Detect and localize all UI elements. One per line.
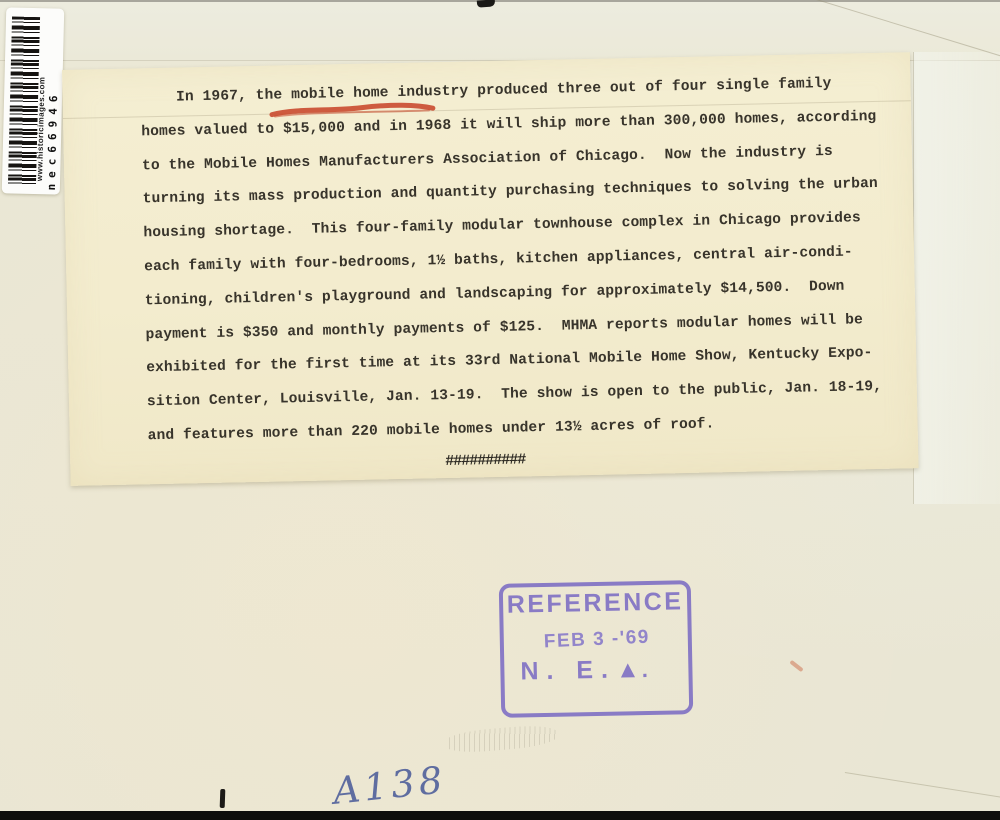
triangle-a-icon: ▲ xyxy=(616,656,640,684)
caption-slip: In 1967, the mobile home industry produc… xyxy=(62,52,919,486)
scan-bottom-edge xyxy=(0,811,1000,820)
pencil-smudge xyxy=(444,723,557,755)
stamp-org-text: N. E. xyxy=(520,656,616,687)
photo-back-paper: www.historicimages.com nec66946 In 1967,… xyxy=(0,0,1000,820)
scan-top-edge xyxy=(0,0,1000,2)
handwritten-id: A138 xyxy=(331,758,448,813)
stamp-date: FEB 3 -'69 xyxy=(543,627,650,654)
paper-right-edge xyxy=(913,52,1000,504)
crease-bottom-right xyxy=(845,772,1000,803)
red-speck-mark xyxy=(789,660,803,672)
barcode-label: www.historicimages.com nec66946 xyxy=(2,7,65,194)
caption-text: In 1967, the mobile home industry produc… xyxy=(62,52,918,483)
reference-stamp: REFERENCE FEB 3 -'69 N. E. ▲ . xyxy=(499,580,694,718)
stamp-org-period: . xyxy=(642,657,649,683)
ink-tick-mark xyxy=(220,789,226,808)
stamp-org: N. E. ▲ . xyxy=(520,654,689,686)
stamp-title: REFERENCE xyxy=(503,587,688,620)
